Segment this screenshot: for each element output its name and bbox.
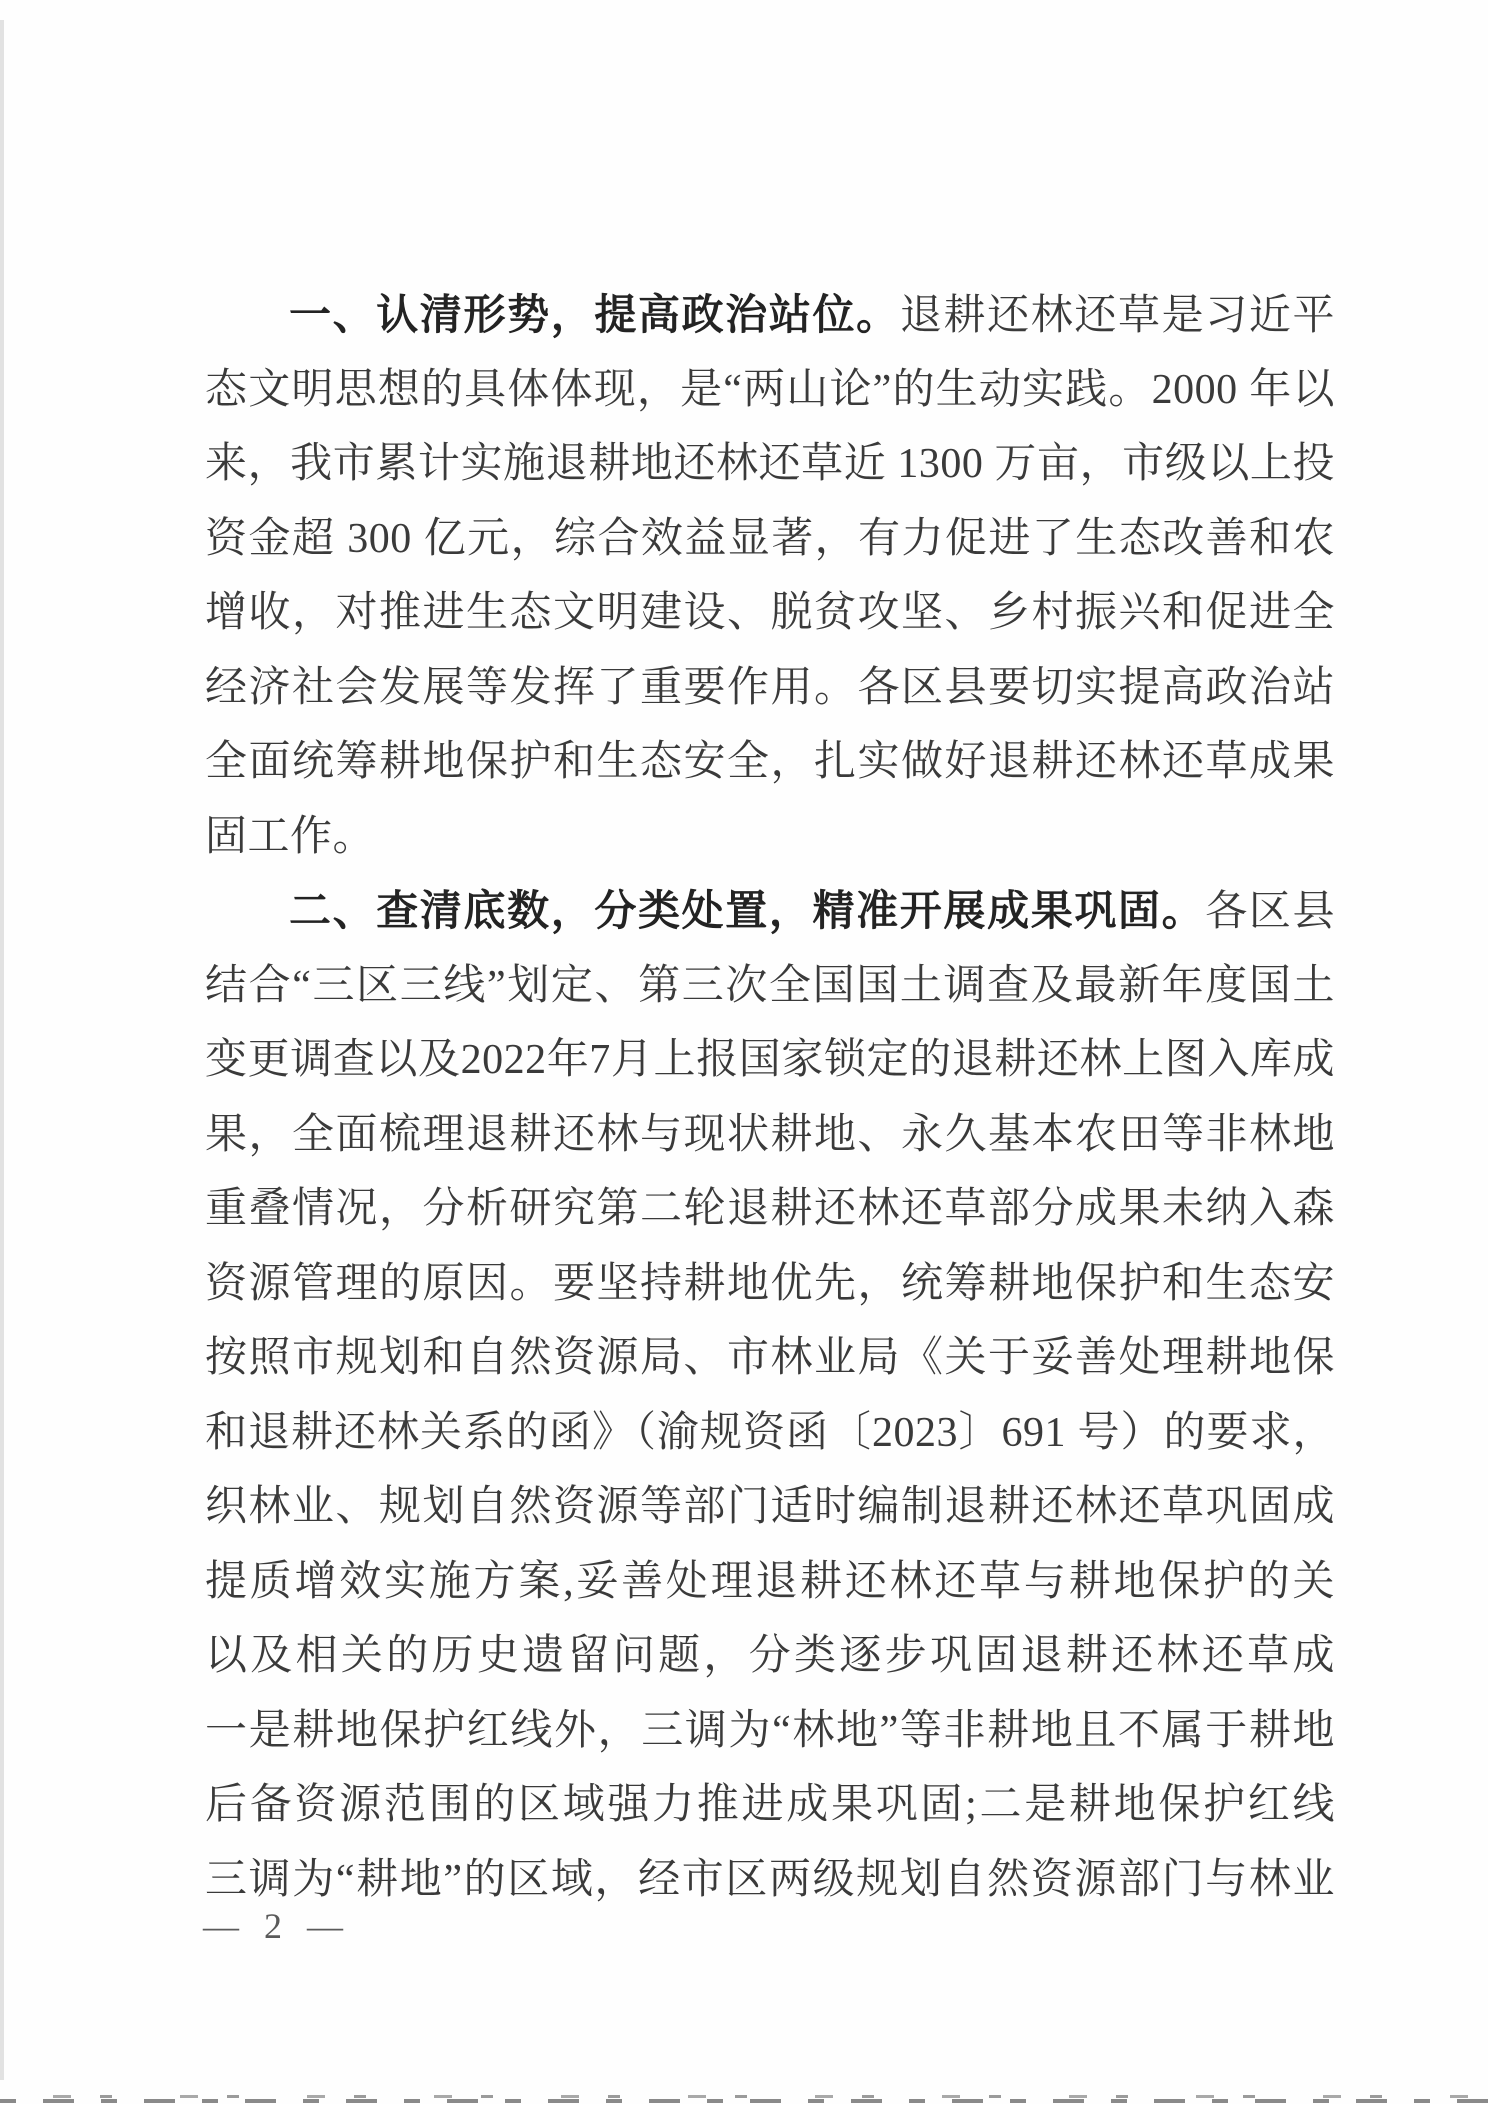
body-text-segment: 按照市规划和自然资源局、市林业局《关于妥善处理耕地保护	[205, 1335, 1335, 1396]
body-text-segment: 增收，对推进生态文明建设、脱贫攻坚、乡村振兴和促进全市	[205, 590, 1335, 651]
document-line: 提质增效实施方案,妥善处理退耕还林还草与耕地保护的关系，	[205, 1545, 1335, 1620]
page-number: — 2 —	[203, 1900, 351, 1952]
document-line: 来，我市累计实施退耕地还林还草近 1300 万亩，市级以上投入	[205, 427, 1335, 502]
document-line: 变更调查以及2022年7月上报国家锁定的退耕还林上图入库成	[205, 1023, 1335, 1098]
document-line: 态文明思想的具体体现，是“两山论”的生动实践。2000 年以	[205, 353, 1335, 428]
document-line: 果，全面梳理退耕还林与现状耕地、永久基本农田等非林地的	[205, 1098, 1335, 1173]
body-text-segment: 三调为“耕地”的区域，经市区两级规划自然资源部门与林业	[205, 1857, 1335, 1903]
document-line: 固工作。	[205, 800, 1335, 875]
document-line: 后备资源范围的区域强力推进成果巩固;二是耕地保护红线外，	[205, 1768, 1335, 1843]
document-line: 结合“三区三线”划定、第三次全国国土调查及最新年度国土	[205, 949, 1335, 1024]
body-text-segment: 全面统筹耕地保护和生态安全，扎实做好退耕还林还草成果巩	[205, 739, 1335, 800]
body-text-segment: 提质增效实施方案,妥善处理退耕还林还草与耕地保护的关系，	[205, 1559, 1335, 1620]
body-text-segment: 结合“三区三线”划定、第三次全国国土调查及最新年度国土	[205, 963, 1335, 1009]
body-text-segment: 资源管理的原因。要坚持耕地优先，统筹耕地保护和生态安全，	[205, 1261, 1335, 1322]
body-text-segment: 重叠情况，分析研究第二轮退耕还林还草部分成果未纳入森林	[205, 1186, 1335, 1247]
document-line: 重叠情况，分析研究第二轮退耕还林还草部分成果未纳入森林	[205, 1172, 1335, 1247]
document-line: 和退耕还林关系的函》（渝规资函〔2023〕691 号）的要求，组	[205, 1396, 1335, 1471]
body-text-segment: 织林业、规划自然资源等部门适时编制退耕还林还草巩固成果	[205, 1484, 1335, 1545]
body-text-segment: 资金超 300 亿元，综合效益显著，有力促进了生态改善和农民	[205, 516, 1335, 577]
body-text-segment: 固工作。	[205, 814, 375, 860]
document-line: 经济社会发展等发挥了重要作用。各区县要切实提高政治站位，	[205, 651, 1335, 726]
body-text-segment: 和退耕还林关系的函》（渝规资函〔2023〕691 号）的要求，组	[205, 1410, 1335, 1471]
body-text-segment: 果，全面梳理退耕还林与现状耕地、永久基本农田等非林地的	[205, 1112, 1335, 1173]
body-text-segment: 态文明思想的具体体现，是“两山论”的生动实践。2000 年以	[205, 367, 1335, 413]
document-line: 二、查清底数，分类处置，精准开展成果巩固。各区县要	[205, 874, 1335, 949]
document-body: 一、认清形势，提高政治站位。退耕还林还草是习近平生态文明思想的具体体现，是“两山…	[205, 278, 1335, 1917]
document-line: 资源管理的原因。要坚持耕地优先，统筹耕地保护和生态安全，	[205, 1247, 1335, 1322]
body-text-segment: 来，我市累计实施退耕地还林还草近 1300 万亩，市级以上投入	[205, 441, 1335, 502]
body-text-segment: 一是耕地保护红线外，三调为“林地”等非耕地且不属于耕地	[205, 1708, 1335, 1754]
document-line: 资金超 300 亿元，综合效益显著，有力促进了生态改善和农民	[205, 502, 1335, 577]
body-text-segment: 以及相关的历史遗留问题，分类逐步巩固退耕还林还草成果：	[205, 1633, 1335, 1694]
document-line: 一、认清形势，提高政治站位。退耕还林还草是习近平生	[205, 278, 1335, 353]
heading-text-segment: 一、认清形势，提高政治站位。	[289, 291, 900, 338]
scan-noise-artifact	[0, 2090, 1488, 2104]
document-line: 全面统筹耕地保护和生态安全，扎实做好退耕还林还草成果巩	[205, 725, 1335, 800]
scan-edge-artifact	[0, 20, 4, 2080]
document-page: 一、认清形势，提高政治站位。退耕还林还草是习近平生态文明思想的具体体现，是“两山…	[0, 0, 1488, 2104]
heading-text-segment: 二、查清底数，分类处置，精准开展成果巩固。	[289, 887, 1205, 934]
document-line: 织林业、规划自然资源等部门适时编制退耕还林还草巩固成果	[205, 1470, 1335, 1545]
document-line: 以及相关的历史遗留问题，分类逐步巩固退耕还林还草成果：	[205, 1619, 1335, 1694]
body-text-segment: 变更调查以及2022年7月上报国家锁定的退耕还林上图入库成	[205, 1037, 1335, 1083]
document-line: 按照市规划和自然资源局、市林业局《关于妥善处理耕地保护	[205, 1321, 1335, 1396]
document-line: 三调为“耕地”的区域，经市区两级规划自然资源部门与林业	[205, 1843, 1335, 1918]
body-text-segment: 经济社会发展等发挥了重要作用。各区县要切实提高政治站位，	[205, 665, 1335, 726]
document-line: 增收，对推进生态文明建设、脱贫攻坚、乡村振兴和促进全市	[205, 576, 1335, 651]
body-text-segment: 后备资源范围的区域强力推进成果巩固;二是耕地保护红线外，	[205, 1782, 1335, 1843]
document-line: 一是耕地保护红线外，三调为“林地”等非耕地且不属于耕地	[205, 1694, 1335, 1769]
